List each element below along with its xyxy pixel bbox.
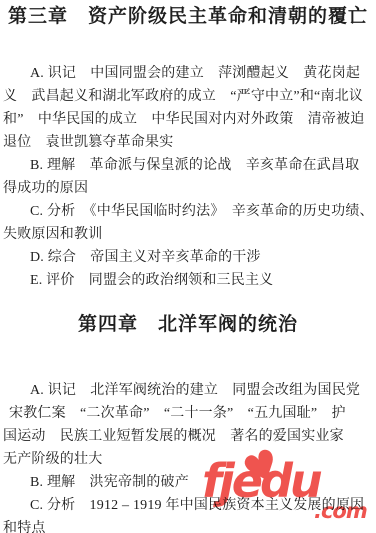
text-line: 和特点 — [3, 521, 46, 533]
heart-icon: ♥ — [238, 443, 286, 494]
chapter4-heading: 第四章 北洋军阀的统治 — [0, 314, 376, 336]
document-page: 第三章 资产阶级民主革命和清朝的覆亡 A. 识记 中国同盟会的建立 萍浏醴起义 … — [0, 0, 376, 533]
text-line: 宋教仁案 “二次革命” “二十一条” “五九国耻” 护 — [9, 406, 346, 422]
text-line: 国运动 民族工业短暂发展的概况 著名的爱国实业家 — [3, 429, 344, 445]
text-line: C. 分析 1912 – 1919 年中国民族资本主义发展的原因 — [30, 498, 364, 514]
text-line: 得成功的原因 — [3, 181, 88, 197]
text-line: 退位 袁世凯篡夺革命果实 — [3, 135, 173, 151]
text-line: 义 武昌起义和湖北军政府的成立 “严守中立”和“南北议 — [3, 89, 363, 105]
watermark-logo: fjedu ♥ .com — [200, 452, 376, 532]
text-line: E. 评价 同盟会的政治纲领和三民主义 — [30, 273, 273, 289]
text-line: 失败原因和教训 — [3, 227, 102, 243]
text-line: B. 理解 洪宪帝制的破产 — [30, 475, 189, 491]
text-line: 和” 中华民国的成立 中华民国对内对外政策 清帝被迫 — [3, 112, 364, 128]
text-line: D. 综合 帝国主义对辛亥革命的干涉 — [30, 250, 261, 266]
text-line: A. 识记 中国同盟会的建立 萍浏醴起义 黄花岗起 — [30, 66, 360, 82]
text-line: B. 理解 革命派与保皇派的论战 辛亥革命在武昌取 — [30, 158, 359, 174]
text-line: 无产阶级的壮大 — [3, 452, 102, 468]
text-line: A. 识记 北洋军阀统治的建立 同盟会改组为国民党 — [30, 383, 360, 399]
text-line: C. 分析 《中华民国临时约法》 辛亥革命的历史功绩、 — [30, 204, 374, 220]
chapter3-heading: 第三章 资产阶级民主革命和清朝的覆亡 — [0, 6, 376, 28]
